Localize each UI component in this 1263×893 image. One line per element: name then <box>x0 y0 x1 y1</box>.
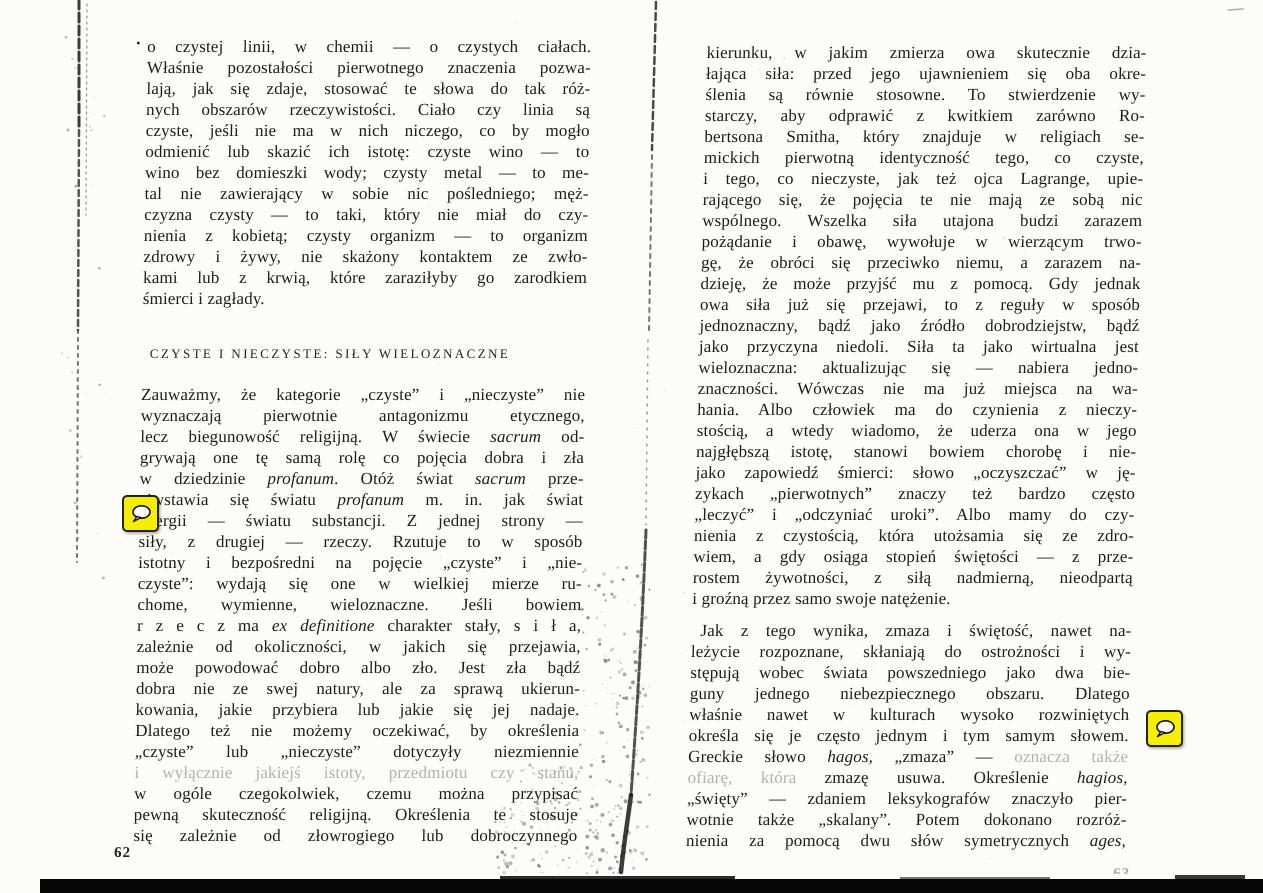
text-line: nienia z czystością, która utożsamia się… <box>694 525 1135 546</box>
text-line: wyznaczają pierwotnie antagonizmu etyczn… <box>141 405 585 426</box>
text-line: Dlatego też nie możemy oczekiwać, by okr… <box>135 720 579 741</box>
page-number-clipped: 63 <box>1113 866 1130 874</box>
comment-annotation-left[interactable] <box>122 495 159 532</box>
text-line: r z e c z ma ex definitione charakter st… <box>137 615 581 636</box>
text-line: jednoznaczny, bądź jako źródło dobrodzie… <box>699 315 1140 336</box>
left-page: • o czystej linii, w chemii — o czystych… <box>132 0 608 893</box>
text-line: mickich pierwotną identyczność tego, co … <box>704 147 1145 168</box>
text-line: Właśnie pozostałości pierwotnego znaczen… <box>147 57 591 78</box>
scan-edge-bar-notch <box>1175 875 1245 880</box>
text-line: śmierci i zagłady. <box>143 288 587 309</box>
text-line: w ogóle czegokolwiek, czemu można przypi… <box>134 783 578 804</box>
text-line: określa się je często jednym i tym samym… <box>688 725 1129 746</box>
text-line: bertsona Smitha, który znajduje w religi… <box>704 126 1145 147</box>
scan-edge-bar-notch <box>900 877 1050 880</box>
text-line: owa siła już się przejawi, to z reguły w… <box>700 294 1141 315</box>
text-line: może powodować dobro albo zło. Jest zła … <box>136 657 580 678</box>
text-line: zdrowy i żywy, nie skażony kontaktem ze … <box>143 246 587 267</box>
paragraph: Zauważmy, że kategorie „czyste” i „niecz… <box>133 384 585 846</box>
text-line: i groźną przez samo swoje natężenie. <box>692 588 1133 609</box>
text-line: i wyłącznie jakiejś istoty, przedmiotu c… <box>134 762 578 783</box>
text-line: pewną skuteczność religijną. Określenia … <box>134 804 578 825</box>
text-line: ofiarę, która zmazę usuwa. Określenie ha… <box>687 767 1128 788</box>
text-line: „święty” — zdaniem leksykografów znaczył… <box>687 788 1128 809</box>
text-line: Jak z tego wynika, zmaza i świętość, naw… <box>691 620 1132 641</box>
text-line: i tego, co nieczyste, jak też ojca Lagra… <box>703 168 1144 189</box>
page-number: 62 <box>114 845 131 862</box>
text-line: Zauważmy, że kategorie „czyste” i „niecz… <box>141 384 585 405</box>
text-line: kami lub z krwią, które zaraziłyby go za… <box>143 267 587 288</box>
text-line: kierunku, w jakim zmierza owa skutecznie… <box>706 42 1147 63</box>
text-line: wotnie także „skalany”. Potem dokonano r… <box>686 809 1127 830</box>
speech-bubble-icon <box>1153 718 1177 740</box>
paragraph: Jak z tego wynika, zmaza i świętość, naw… <box>686 620 1132 851</box>
text-line: łająca siła: przed jego ujawnieniem się … <box>706 63 1147 84</box>
text-line: ciwstawia się światu profanum m. in. jak… <box>139 489 583 510</box>
text-line: odmienić lub skazić ich istotę: czyste w… <box>145 141 589 162</box>
text-line: nienia z kobietą; czysty organizm — to o… <box>144 225 588 246</box>
text-line: nienia za pomocą dwu słów symetrycznych … <box>686 830 1127 851</box>
text-line: jako przyczyna niedoli. Siła ta jako wir… <box>699 336 1140 357</box>
text-line: „leczyć” i „odczyniać uroki”. Albo mamy … <box>694 504 1135 525</box>
scan-edge-bar <box>40 879 1263 893</box>
text-line: grywają one tę samą rolę co pojęcia dobr… <box>140 447 584 468</box>
text-line: rostem żywotności, z siłą nadmierną, nie… <box>693 567 1134 588</box>
text-line: jako zapowiedź śmierci: słowo „oczyszcza… <box>695 462 1136 483</box>
text-line: zykach „pierwotnych” znaczy też bardzo c… <box>695 483 1136 504</box>
text-line: guny jednego niebezpiecznego obszaru. Dl… <box>690 683 1131 704</box>
text-line: hania. Albo człowiek ma do czynienia z n… <box>697 399 1138 420</box>
text-line: wino bez domieszki wody; czysty metal — … <box>145 162 589 183</box>
text-line: wiem, a gdy osiąga stopień świętości — z… <box>693 546 1134 567</box>
left-edge-rule <box>77 0 87 562</box>
text-line: o czystej linii, w chemii — o czystych c… <box>147 36 591 57</box>
text-line: najgłębszą istotę, stanowi bowiem chorob… <box>696 441 1137 462</box>
text-line: stością, a wtedy wiadomo, że uderza ona … <box>696 420 1137 441</box>
text-line: dzieję, że może przyjść mu z pomocą. Gdy… <box>700 273 1141 294</box>
text-line: leżycie rozpoznane, skłaniają do ostrożn… <box>691 641 1132 662</box>
comment-annotation-right[interactable] <box>1146 710 1183 747</box>
text-line: w dziedzinie profanum. Otóż świat sacrum… <box>139 468 583 489</box>
lead-bullet: • <box>136 36 140 51</box>
text-line: lecz biegunowość religijną. W świecie sa… <box>140 426 584 447</box>
text-line: tal nie zawierający w sobie nic pośledni… <box>144 183 588 204</box>
scan-edge-bar-notch <box>500 876 735 880</box>
text-line: się zależnie od złowrogiego lub dobroczy… <box>133 825 577 846</box>
section-heading: CZYSTE I NIECZYSTE: SIŁY WIELOZNACZNE <box>150 346 511 362</box>
text-line: kowania, jakie przybiera lub jakie się j… <box>135 699 579 720</box>
text-line: rającego się, że pojęcia te nie mają ze … <box>703 189 1144 210</box>
paragraph-continuation: o czystej linii, w chemii — o czystych c… <box>143 36 592 309</box>
text-line: nych obszarów rzeczywistości. Ciało czy … <box>146 99 590 120</box>
text-line: istotny i bezpośredni na pojęcie „czyste… <box>138 552 582 573</box>
speech-bubble-icon <box>129 503 153 525</box>
text-line: energii — światu substancji. Z jednej st… <box>139 510 583 531</box>
text-line: czyste”: wydają się one w wielkiej mierz… <box>138 573 582 594</box>
text-line: ślenia są równie stosowne. To stwierdzen… <box>705 84 1146 105</box>
text-line: chome, wymienne, wieloznaczne. Jeśli bow… <box>137 594 581 615</box>
text-line: czyzna czysty — to taki, który nie miał … <box>144 204 588 225</box>
text-line: „czyste” lub „nieczyste” dotyczyły niezm… <box>135 741 579 762</box>
text-line: wspólnego. Wszelka siła utajona budzi za… <box>702 210 1143 231</box>
text-line: pożądanie i obawę, wywołuje w wierzącym … <box>701 231 1142 252</box>
right-page: kierunku, w jakim zmierza owa skutecznie… <box>685 0 1158 893</box>
scanned-book-spread: • o czystej linii, w chemii — o czystych… <box>0 0 1263 893</box>
paragraph-continuation: kierunku, w jakim zmierza owa skutecznie… <box>692 42 1147 609</box>
text-line: właśnie nawet w kulturach wysoko rozwini… <box>689 704 1130 725</box>
text-line: dobra nie ze swej natury, ale za sprawą … <box>136 678 580 699</box>
text-line: czyste, jeśli nie ma w nich niczego, co … <box>146 120 590 141</box>
text-line: gę, że obróci się przeciwko niemu, a zar… <box>701 252 1142 273</box>
text-line: znaczności. Wówczas nie ma już miejsca n… <box>698 378 1139 399</box>
text-line: siły, z drugiej — rzeczy. Rzutuje to w s… <box>138 531 582 552</box>
text-line: wieloznaczna: aktualizując się — nabiera… <box>698 357 1139 378</box>
text-line: zależnie od okoliczności, w jakich się p… <box>137 636 581 657</box>
text-line: stępują wobec świata powszedniego jako d… <box>690 662 1131 683</box>
text-line: starczy, aby odprawić z kwitkiem zarówno… <box>705 105 1146 126</box>
text-line: lają, jak się zdaje, stosować te słowa d… <box>146 78 590 99</box>
text-line: Greckie słowo hagos, „zmaza” — oznacza t… <box>688 746 1129 767</box>
